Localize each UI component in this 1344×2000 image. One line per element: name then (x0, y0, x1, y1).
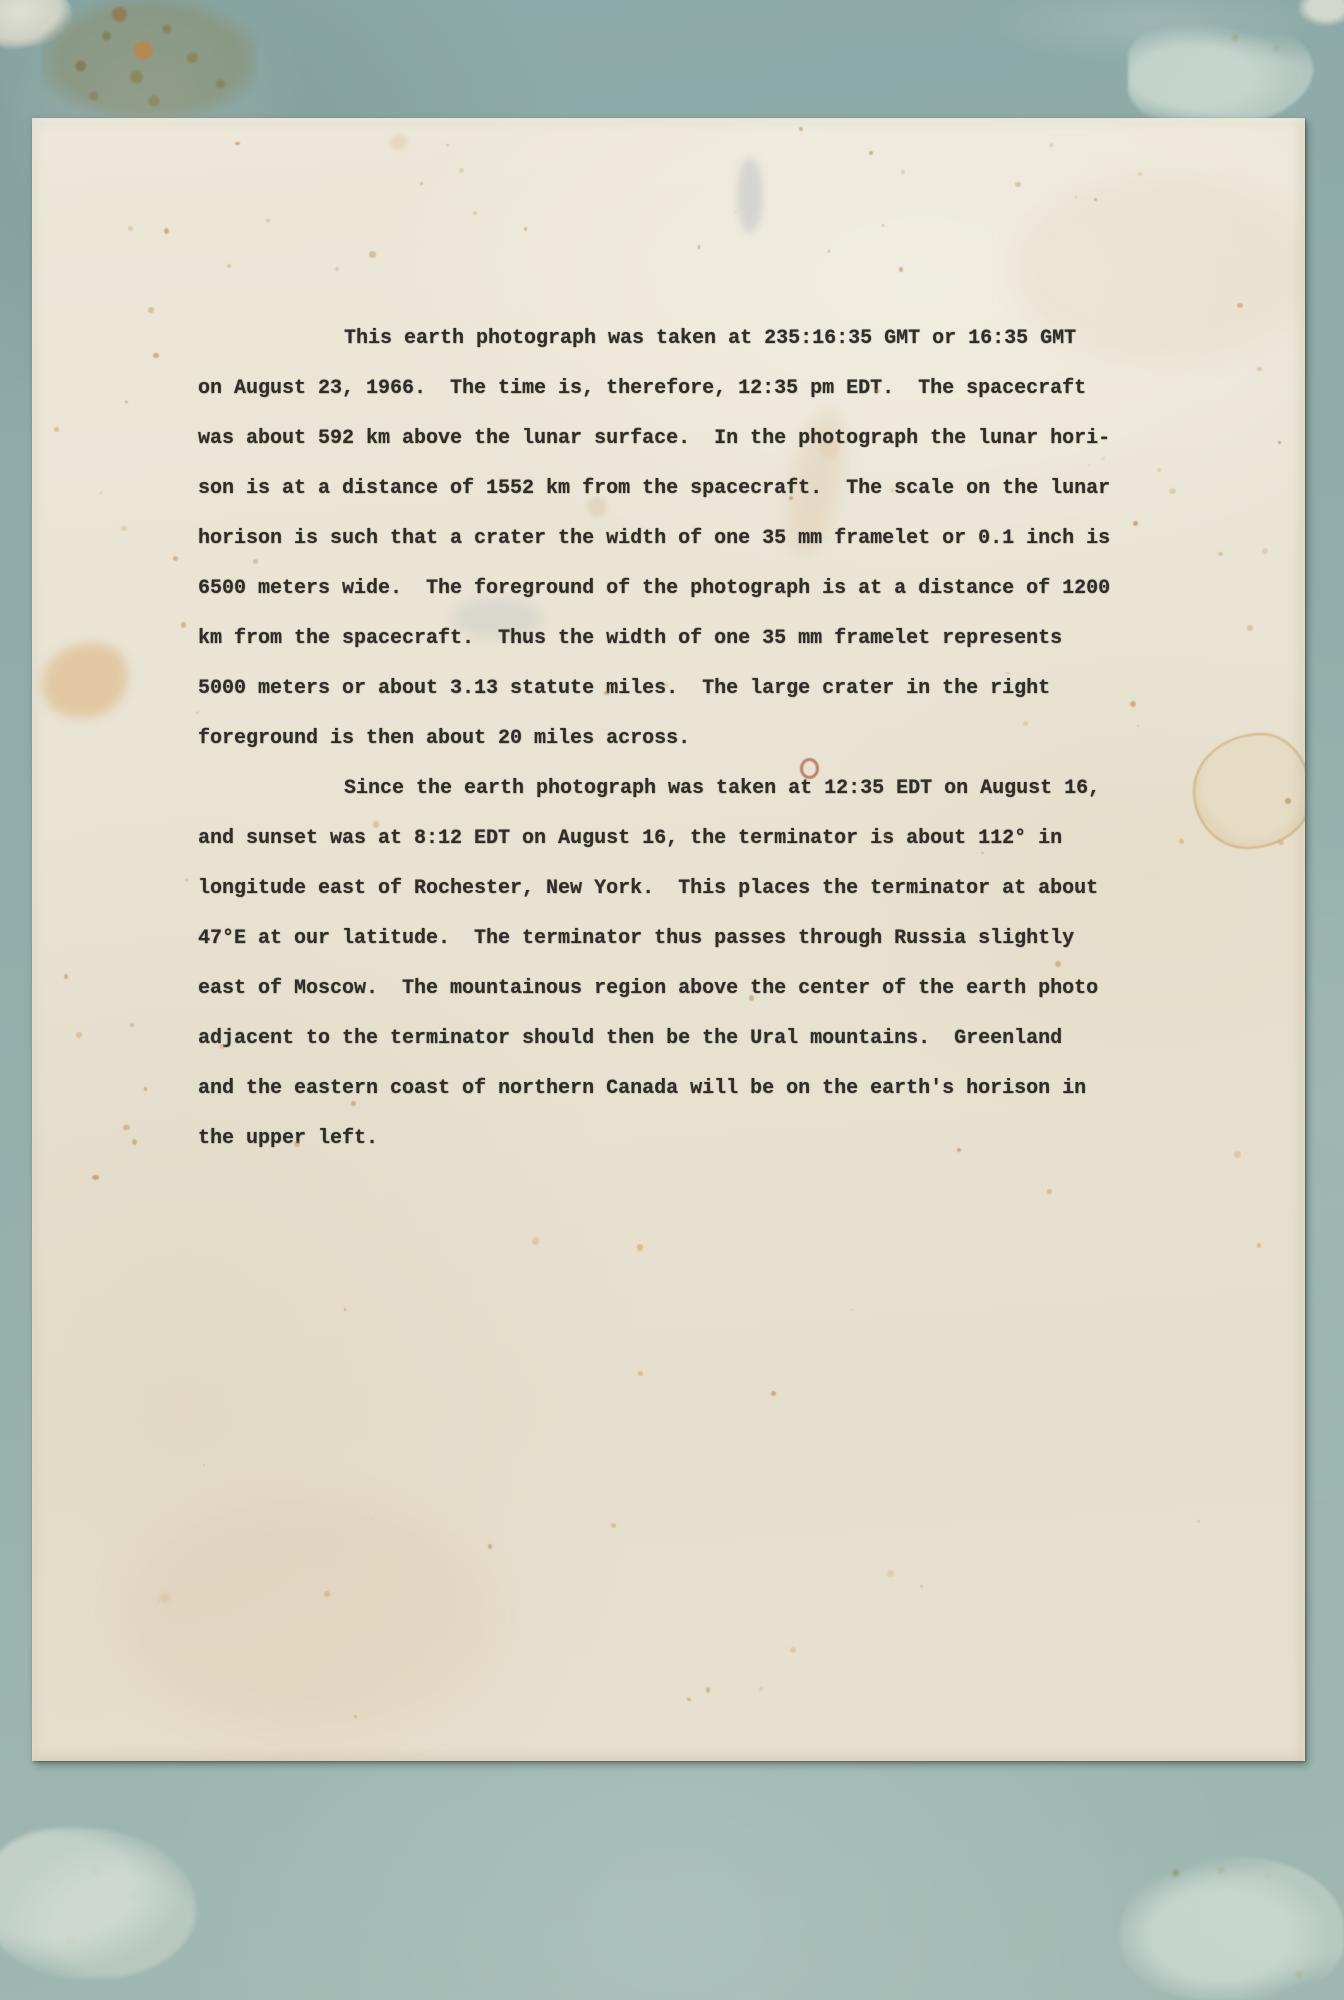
foxing-spot (420, 182, 423, 185)
foxing-spot (828, 250, 830, 252)
foxing-spot (76, 1032, 82, 1039)
foxing-spot (901, 170, 904, 174)
paper-discoloration-bottom (122, 1498, 502, 1738)
foxing-spot (790, 1647, 796, 1653)
text-line: was about 592 km above the lunar surface… (198, 414, 1158, 464)
text-line: and the eastern coast of northern Canada… (198, 1064, 1158, 1114)
foxing-spot (132, 1139, 137, 1145)
foxing-spot (1278, 840, 1283, 845)
text-line: 6500 meters wide. The foreground of the … (198, 564, 1158, 614)
foxing-spot (335, 267, 339, 271)
foxing-spot (344, 1308, 347, 1311)
foxing-spot (148, 307, 154, 314)
foxing-spot (887, 1570, 894, 1577)
foxing-spot (446, 144, 449, 147)
board-water-mark-top-right (980, 0, 1320, 65)
foxing-spot (159, 1593, 169, 1604)
foxing-spot (1257, 367, 1262, 372)
text-line: 47°E at our latitude. The terminator thu… (198, 914, 1158, 964)
foxing-spot (1247, 625, 1253, 631)
text-line: and sunset was at 8:12 EDT on August 16,… (198, 814, 1158, 864)
foxing-spot (144, 1087, 147, 1091)
foxing-spot (771, 1391, 776, 1396)
foxing-spot (123, 1125, 129, 1131)
foxing-spot (1050, 143, 1053, 146)
foxing-spot (532, 1237, 539, 1245)
foxing-spot (1257, 1243, 1261, 1247)
foxing-spot (1179, 839, 1184, 844)
foxing-spot (882, 224, 884, 227)
foxing-spot (1094, 198, 1098, 201)
foxing-spot (130, 1023, 134, 1027)
foxing-spot (153, 353, 159, 358)
foxing-spot (1278, 441, 1281, 444)
foxing-spot (369, 251, 375, 258)
foxing-spot (488, 1544, 492, 1549)
text-line: on August 23, 1966. The time is, therefo… (198, 364, 1158, 414)
foxing-spot (125, 401, 128, 404)
foxing-spot (869, 151, 873, 155)
foxing-spot (611, 1523, 616, 1528)
foxing-spot (459, 168, 464, 173)
foxing-spot (1047, 1189, 1052, 1193)
foxing-spot (173, 556, 178, 561)
text-line: horison is such that a crater the width … (198, 514, 1158, 564)
board-torn-corner-top-right (1298, 0, 1344, 26)
text-line: km from the spacecraft. Thus the width o… (198, 614, 1158, 664)
board-stain-top-left (42, 0, 257, 120)
foxing-spot (698, 245, 701, 248)
foxing-spot (266, 219, 269, 222)
foxing-spot (181, 622, 186, 628)
foxing-spot (235, 142, 239, 145)
foxing-spot (1218, 552, 1223, 556)
text-line: This earth photograph was taken at 235:1… (198, 314, 1158, 364)
paper-stain-left-edge (42, 643, 127, 718)
foxing-spot (92, 1175, 98, 1180)
text-line: east of Moscow. The mountainous region a… (198, 964, 1158, 1014)
foxing-spot (390, 135, 407, 150)
text-line: foreground is then about 20 miles across… (198, 714, 1158, 764)
board-torn-corner-top-left (0, 0, 77, 53)
foxing-spot (706, 1687, 711, 1692)
foxing-spot (920, 1585, 923, 1588)
foxing-spot (324, 1591, 330, 1598)
paper-smudge-top-center (737, 158, 763, 233)
foxing-spot (1262, 548, 1269, 555)
board-abrasion-bottom-left (0, 1828, 196, 1978)
text-line: Since the earth photograph was taken at … (198, 764, 1158, 814)
foxing-spot (1169, 488, 1176, 494)
foxing-spot (1285, 798, 1290, 804)
paper-water-stain-right-edge (1193, 733, 1305, 849)
paper-sheet: This earth photograph was taken at 235:1… (32, 118, 1305, 1761)
foxing-spot (372, 1517, 374, 1519)
foxing-spot (164, 228, 169, 234)
foxing-spot (734, 211, 736, 213)
foxing-spot (354, 1715, 357, 1718)
foxing-spot (638, 1371, 643, 1377)
foxing-spot (1197, 1520, 1200, 1523)
foxing-spot (100, 492, 102, 494)
foxing-spot (637, 1244, 643, 1251)
foxing-spot (128, 226, 132, 231)
text-line: adjacent to the terminator should then b… (198, 1014, 1158, 1064)
foxing-spot (759, 1687, 763, 1691)
foxing-spot (851, 1309, 853, 1311)
foxing-spot (64, 974, 68, 979)
board-peeled-patch-top-right (1128, 16, 1313, 126)
foxing-spot (687, 1698, 691, 1701)
text-line: son is at a distance of 1552 km from the… (198, 464, 1158, 514)
text-line: 5000 meters or about 3.13 statute miles.… (198, 664, 1158, 714)
text-line: longitude east of Rochester, New York. T… (198, 864, 1158, 914)
foxing-spot (1237, 303, 1243, 308)
foxing-spot (473, 211, 477, 215)
foxing-spot (1015, 182, 1021, 187)
foxing-spot (121, 526, 126, 531)
foxing-spot (1138, 172, 1142, 176)
foxing-spot (899, 267, 903, 272)
foxing-spot (54, 427, 60, 432)
foxing-spot (1234, 1151, 1241, 1158)
foxing-spot (185, 879, 187, 881)
board-peeled-patch-bottom-right (1120, 1856, 1344, 2000)
foxing-spot (524, 227, 527, 231)
text-line: the upper left. (198, 1114, 1158, 1164)
scanned-document-scene: This earth photograph was taken at 235:1… (0, 0, 1344, 2000)
foxing-spot (227, 264, 231, 268)
foxing-spot (799, 127, 804, 131)
foxing-spot (1075, 195, 1077, 197)
foxing-spot (203, 1464, 205, 1466)
typewritten-text: This earth photograph was taken at 235:1… (198, 314, 1158, 1164)
